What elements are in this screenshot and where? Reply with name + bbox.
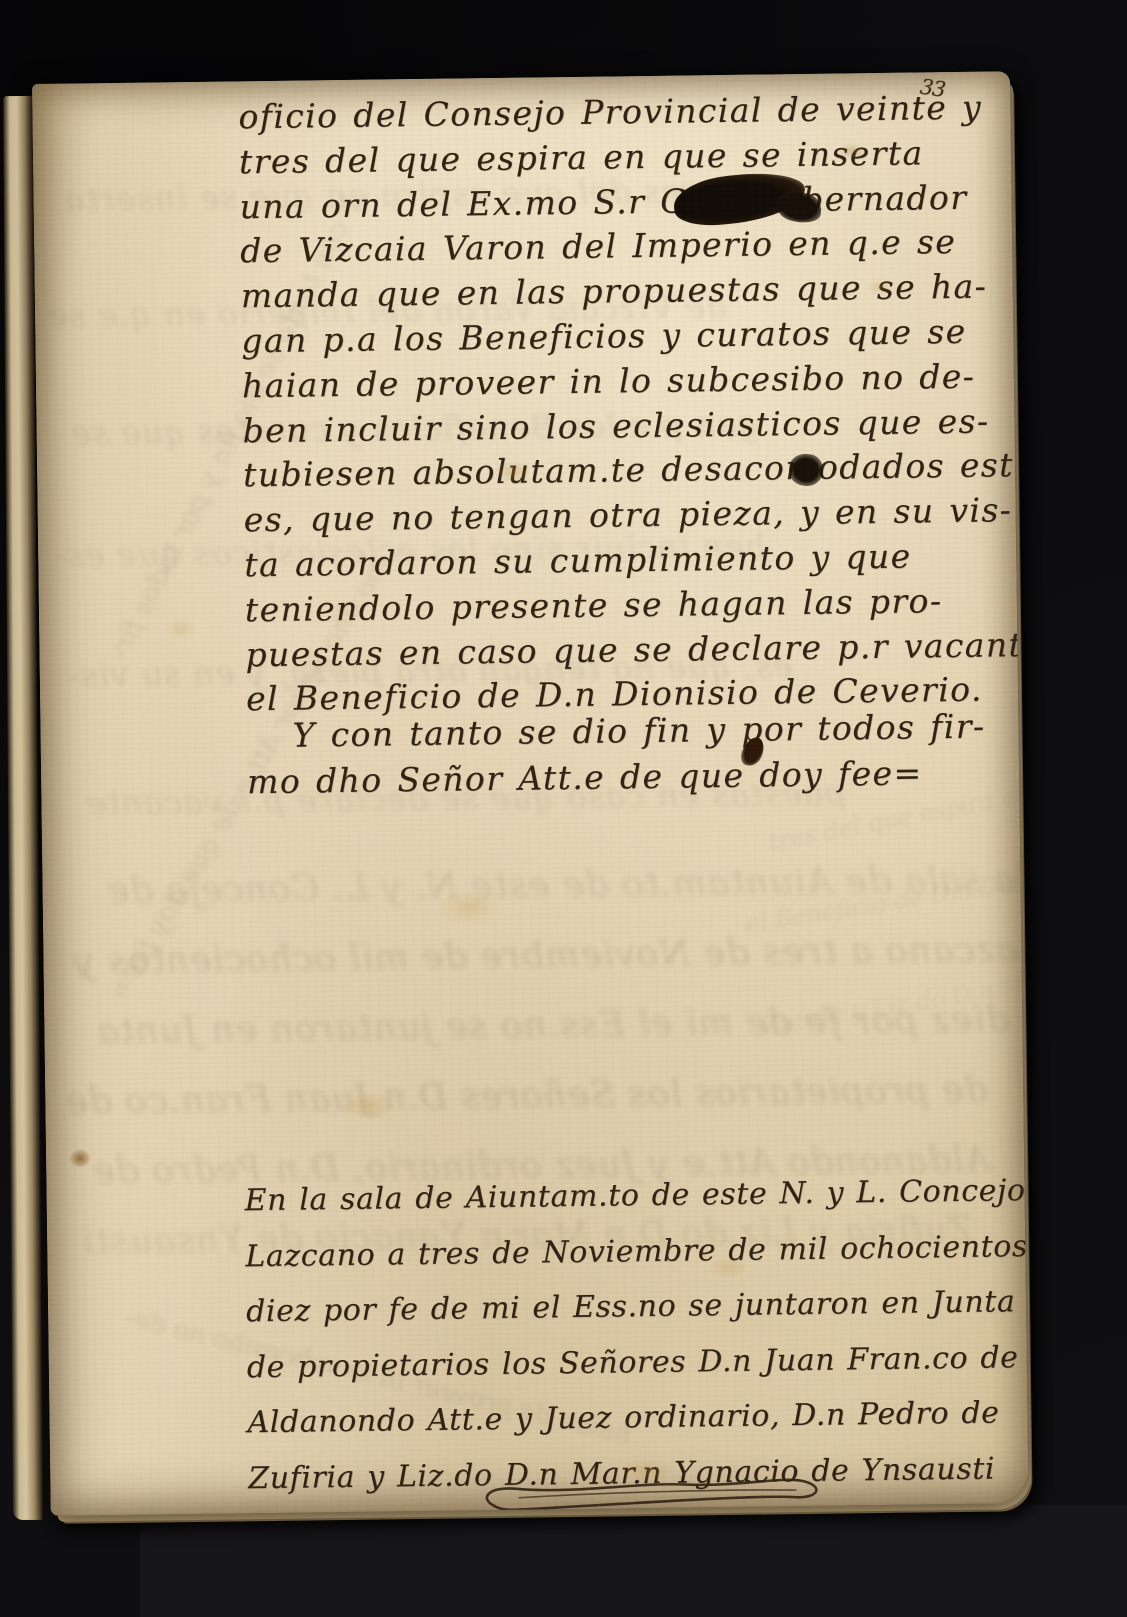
offset-ink-note: el Beneficio de D.n Dionisio de Ceverio. [743, 837, 1028, 938]
manuscript-line: mo dho Señor Att.e de que doy fee= [247, 750, 988, 806]
foxing-stain [167, 620, 195, 638]
scanner-background-panel [140, 1505, 1127, 1617]
manuscript-scan: tres del que espira en que se inserta de… [0, 0, 1127, 1617]
bleedthrough-text: Lazcano a tres de Noviembre de mil ochoc… [73, 929, 1028, 983]
manuscript-line: Aldanondo Att.e y Juez ordinario, D.n Pe… [247, 1385, 1008, 1450]
bleedthrough-text: En la sala de Aiuntam.to de este N. y L.… [106, 858, 1028, 912]
paragraph-council-order: oficio del Consejo Provincial de veinte … [238, 86, 986, 723]
manuscript-line: Lazcano a tres de Noviembre de mil ochoc… [245, 1219, 1006, 1284]
paragraph-session-entry: En la sala de Aiuntam.to de este N. y L.… [244, 1163, 1008, 1506]
offset-ink-note: Zufiria y Liz.do D.n Mar.n Ygnacio de Yn… [761, 926, 1029, 1039]
paragraph-closing: Y con tanto se dio fin y por todos fir- … [246, 704, 987, 806]
foxing-stain [439, 890, 499, 925]
foxing-stain [70, 1149, 90, 1167]
manuscript-line: En la sala de Aiuntam.to de este N. y L.… [244, 1163, 1005, 1228]
manuscript-page: tres del que espira en que se inserta de… [32, 71, 1029, 1516]
manuscript-line: diez por fe de mi el Ess.no se juntaron … [246, 1274, 1007, 1339]
bleedthrough-text: de propietarios los Señores D.n Juan Fra… [65, 1070, 988, 1123]
manuscript-line: de propietarios los Señores D.n Juan Fra… [246, 1330, 1007, 1395]
foxing-stain [343, 1091, 393, 1120]
bleedthrough-text: diez por fe de mi el Ess.no se juntaron … [96, 999, 1009, 1052]
